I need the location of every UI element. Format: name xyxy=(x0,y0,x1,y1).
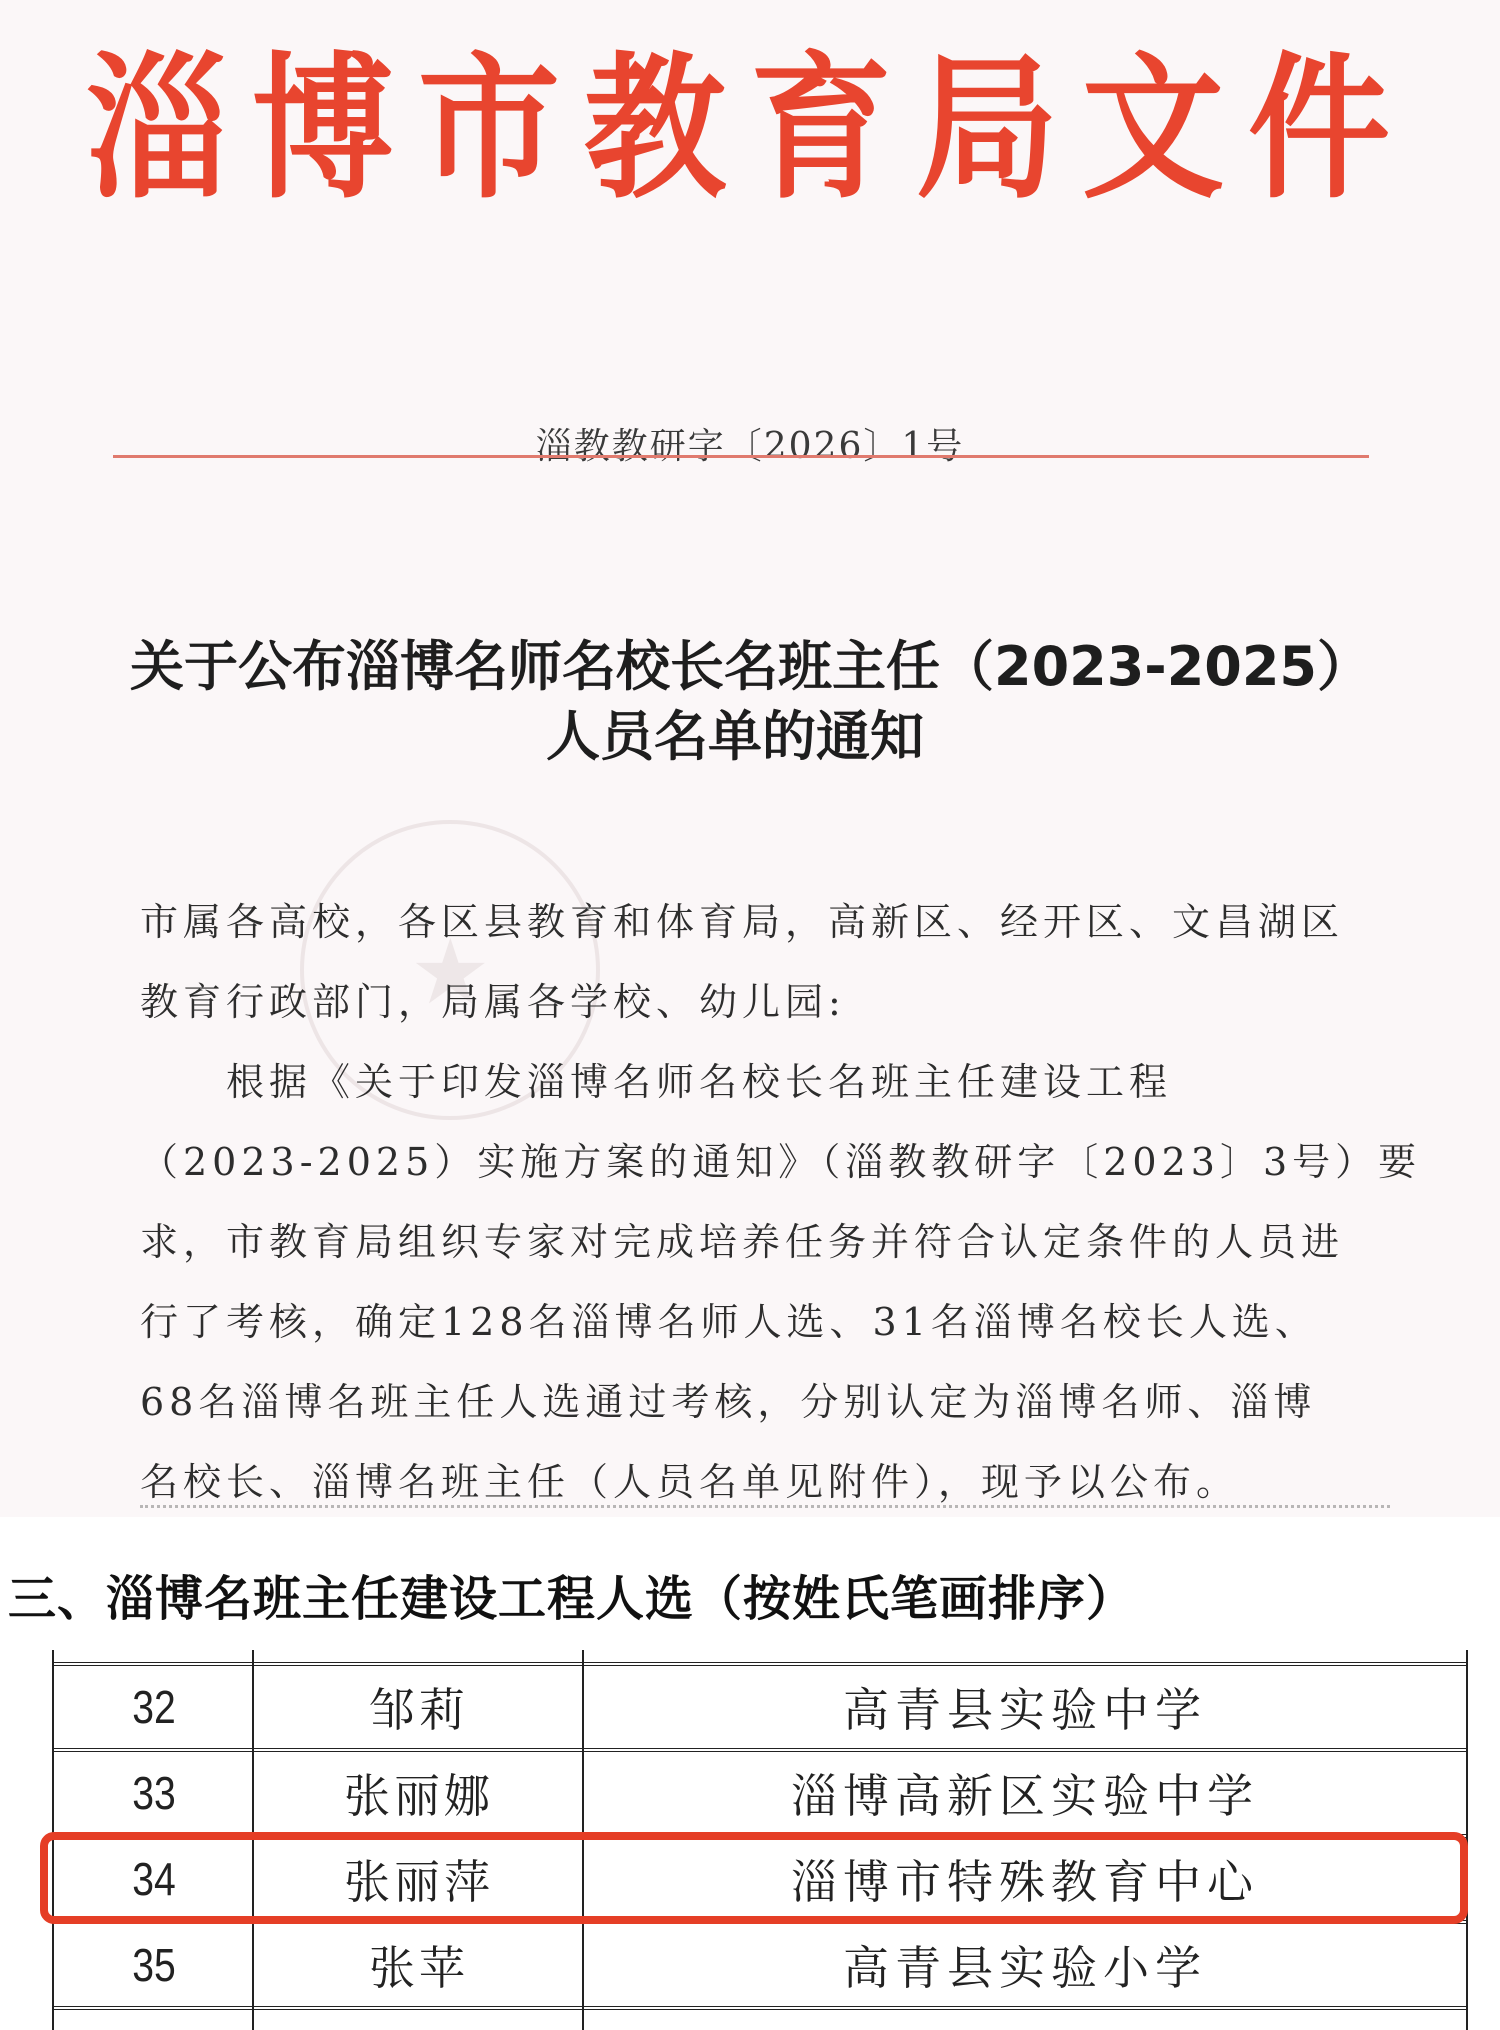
body-line: （2023-2025）实施方案的通知》（淄教教研字〔2023〕3号）要 xyxy=(140,1122,1390,1202)
truncated-text-line xyxy=(140,1505,1390,1515)
table-row: 35 张苹 高青县实验小学 xyxy=(54,1920,1466,2006)
body-line: 教育行政部门，局属各学校、幼儿园: xyxy=(140,962,1390,1042)
attachment-table: 32 邹莉 高青县实验中学 33 张丽娜 淄博高新区实验中学 34 张丽萍 淄博… xyxy=(52,1650,1468,2030)
table-row-highlighted: 34 张丽萍 淄博市特殊教育中心 xyxy=(54,1834,1466,1920)
cell-no: 33 xyxy=(69,1766,239,1820)
table-row: 32 邹莉 高青县实验中学 xyxy=(54,1662,1466,1748)
body-line: 根据《关于印发淄博名师名校长名班主任建设工程 xyxy=(140,1042,1390,1122)
body-line: 市属各高校，各区县教育和体育局，高新区、经开区、文昌湖区 xyxy=(140,882,1390,962)
cell-name: 张丽娜 xyxy=(254,1760,584,1826)
cell-no: 35 xyxy=(69,1938,239,1992)
cell-name: 张丽萍 xyxy=(254,1846,584,1912)
red-divider xyxy=(113,455,1369,458)
cell-name: 张苹 xyxy=(254,1932,584,1998)
cell-unit: 淄博高新区实验中学 xyxy=(584,1760,1466,1826)
table-row: 33 张丽娜 淄博高新区实验中学 xyxy=(54,1748,1466,1834)
table-row-partial xyxy=(54,2006,1466,2030)
notice-title-line-1: 关于公布淄博名师名校长名班主任（2023-2025） xyxy=(130,632,1430,702)
body-line: 行了考核，确定128名淄博名师人选、31名淄博名校长人选、 xyxy=(140,1282,1390,1362)
notice-title: 关于公布淄博名师名校长名班主任（2023-2025） 人员名单的通知 xyxy=(130,632,1430,772)
body-line: 68名淄博名班主任人选通过考核，分别认定为淄博名师、淄博 xyxy=(140,1362,1390,1442)
cell-name: 邹莉 xyxy=(254,1674,584,1740)
cell-no: 32 xyxy=(69,1680,239,1734)
document-scan: 淄博市教育局文件 淄教教研字〔2026〕1号 关于公布淄博名师名校长名班主任（2… xyxy=(0,0,1500,1517)
cell-no: 34 xyxy=(69,1852,239,1906)
attachment-section-heading: 三、淄博名班主任建设工程人选（按姓氏笔画排序） xyxy=(8,1560,1135,1629)
notice-body: 市属各高校，各区县教育和体育局，高新区、经开区、文昌湖区 教育行政部门，局属各学… xyxy=(140,882,1390,1517)
document-number: 淄教教研字〔2026〕1号 xyxy=(0,418,1500,469)
cell-unit: 淄博市特殊教育中心 xyxy=(584,1846,1466,1912)
body-line: 求，市教育局组织专家对完成培养任务并符合认定条件的人员进 xyxy=(140,1202,1390,1282)
document-header: 淄博市教育局文件 xyxy=(0,31,1500,229)
cell-unit: 高青县实验小学 xyxy=(584,1932,1466,1998)
notice-title-line-2: 人员名单的通知 xyxy=(130,702,1430,772)
cell-unit: 高青县实验中学 xyxy=(584,1674,1466,1740)
